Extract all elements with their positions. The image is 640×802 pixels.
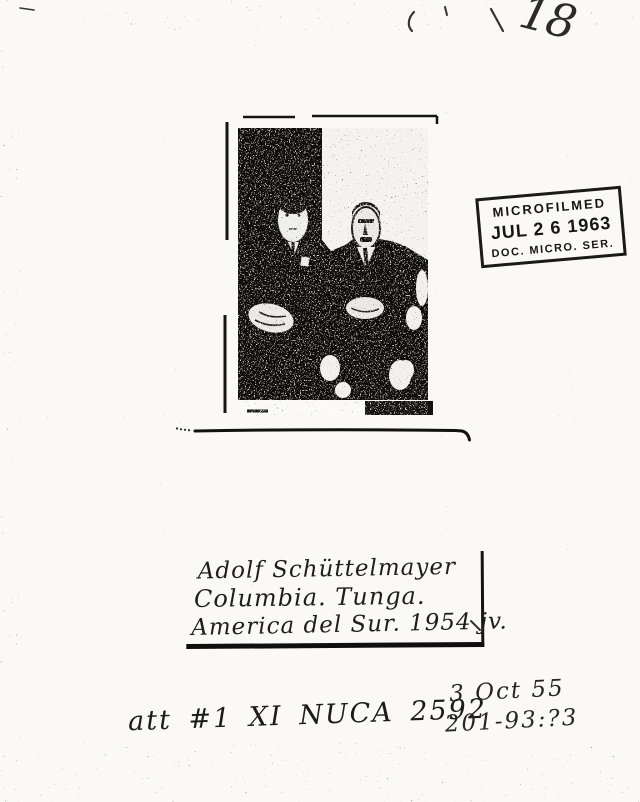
caption-line-region: America del Sur. 1954 jv. (191, 609, 481, 641)
photograph (213, 108, 441, 438)
microfilm-stamp: MICROFILMED JUL 2 6 1963 DOC. MICRO. SER… (475, 186, 627, 268)
caption-line-place: Columbia. Tunga. (194, 581, 481, 613)
photo-image (213, 108, 441, 438)
caption-box: Adolf Schüttelmayer Columbia. Tunga. Ame… (186, 551, 485, 649)
scanned-document-page: 18 (0, 0, 640, 802)
annotation-att-number: att #1 XI NUCA 2592 (128, 694, 488, 738)
noise-left-edge (0, 0, 20, 802)
annotation-date: 3 Oct 55 (449, 675, 578, 708)
photo-grain-black (238, 128, 428, 415)
annotation-file-number: 201-93:?3 (444, 705, 579, 738)
caption-line-name: Adolf Schüttelmayer (198, 554, 481, 585)
noise-bottom-edge (0, 742, 640, 802)
annotation-right-block: 3 Oct 55 201-93:?3 (449, 675, 579, 738)
page-number-mark: 18 (514, 0, 580, 50)
